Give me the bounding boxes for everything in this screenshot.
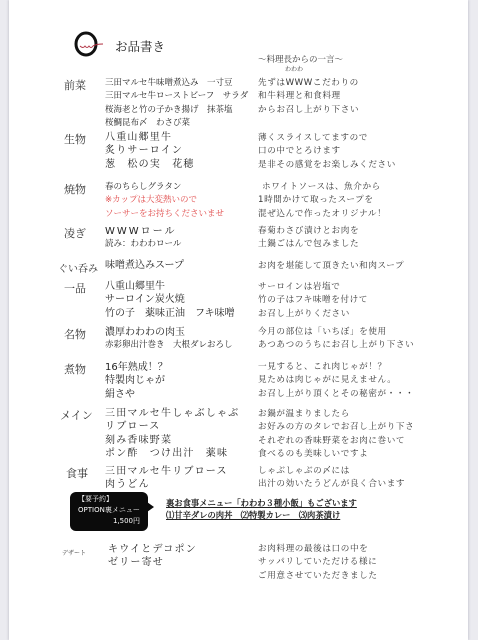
note-line: お好みの方のタレでお召し上がり下さ (258, 421, 414, 434)
note-line: 土鍋ごはんで包みました (258, 238, 359, 251)
section-label-ippin: 一品 (64, 280, 86, 296)
menu-item: 八重山郷里牛 (105, 280, 235, 293)
note-line: サーロインは岩塩で (258, 281, 368, 294)
section-notes-namamono: 薄くスライスしてますので 口の中でとろけます 是非その感覚をお楽しみください (258, 132, 396, 172)
section-items-guinomi: 味噌煮込みスープ (105, 259, 184, 272)
menu-item: 絹さや (105, 388, 168, 401)
section-notes-guinomi: お肉を堪能して頂きたい和肉スープ (258, 260, 404, 273)
note-line: 混ぜ込んで作ったオリジナル！ (258, 208, 386, 221)
logo-circle-icon (72, 28, 108, 60)
menu-item: リブロース (105, 420, 239, 433)
secret-menu-info: 裏お食事メニュー「わわわ３種小飯」もございます ⑴甘辛ダレの肉丼 ⑵特製カレー … (166, 497, 357, 521)
menu-item: 三田マルセ牛ローストビーフ サラダ (105, 90, 248, 103)
menu-item: 特製肉じゃが (105, 374, 168, 387)
section-label-shinogi: 凌ぎ (64, 225, 86, 241)
note-line: からお召し上がり下さい (258, 104, 359, 117)
note-line: 是非その感覚をお楽しみください (258, 159, 396, 172)
note-line: お召し上がり頂くとその秘密が・・・ (258, 388, 414, 401)
note-line: 出汁の効いたうどんが良く合います (258, 478, 405, 491)
section-items-ippin: 八重山郷里牛 サーロイン炭火焼 竹の子 薬味正油 フキ味噌 (105, 280, 235, 320)
hot-cup-warning: ソーサーをお持ちくださいませ (105, 208, 224, 221)
section-notes-dessert: お肉料理の最後は口の中を サッパリしていただける様に ご用意させていただきました (258, 543, 378, 583)
section-label-meibutsu: 名物 (64, 326, 86, 342)
page-title: お品書き (115, 37, 165, 55)
menu-item: 16年熟成！？ (105, 361, 168, 374)
menu-item: 味噌煮込みスープ (105, 259, 184, 272)
section-label-shokuji: 食事 (66, 465, 88, 481)
note-line: それぞれの香味野菜をお肉に巻いて (258, 435, 414, 448)
reservation-required-label: 【要予約】 (78, 494, 148, 505)
option-price: 1,500円 (78, 516, 148, 527)
note-line: 先ずはWWWこだわりの (258, 77, 359, 90)
menu-item: ポン酢 つけ出汁 薬味 (105, 447, 239, 460)
note-line: 竹の子はフキ味噌を付けて (258, 294, 368, 307)
note-line: お鍋が温まりましたら (258, 408, 414, 421)
section-notes-main: お鍋が温まりましたら お好みの方のタレでお召し上がり下さ それぞれの香味野菜をお… (258, 408, 414, 461)
menu-item: 肉うどん (105, 478, 228, 491)
menu-item: 炙りサーロイン (105, 144, 195, 157)
secret-menu-headline: 裏お食事メニュー「わわわ３種小飯」もございます (166, 497, 357, 509)
section-notes-zensai: 先ずはWWWこだわりの 和牛料理と和食料理 からお召し上がり下さい (258, 77, 359, 117)
secret-menu-items: ⑴甘辛ダレの肉丼 ⑵特製カレー ⑶肉茶漬け (166, 509, 357, 521)
menu-item: 読み：わわわロール (105, 238, 181, 251)
note-line: 1時間かけて取ったスープを (258, 194, 386, 207)
section-notes-nimono: 一見すると、これ肉じゃが！？ 見ためは肉じゃがに見えません。 お召し上がり頂くと… (258, 361, 414, 401)
menu-item: 刻み香味野菜 (105, 434, 239, 447)
section-items-nimono: 16年熟成！？ 特製肉じゃが 絹さや (105, 361, 168, 401)
note-line: 薄くスライスしてますので (258, 132, 396, 145)
section-notes-shokuji: しゃぶしゃぶの〆には 出汁の効いたうどんが良く合います (258, 465, 405, 492)
section-items-shinogi: WWWロール 読み：わわわロール (105, 225, 181, 252)
section-label-yakimono: 焼物 (64, 181, 86, 197)
menu-item: 葱 松の実 花穂 (105, 158, 195, 171)
note-line: あつあつのうちにお召し上がり下さい (258, 339, 414, 352)
note-line: ホワイトソースは、魚介から (262, 181, 386, 194)
note-line: 一見すると、これ肉じゃが！？ (258, 361, 414, 374)
menu-item: 八重山郷里牛 (105, 131, 195, 144)
menu-item: 三田マルセ牛しゃぶしゃぶ (105, 407, 239, 420)
menu-item: 三田マルセ牛リブロース (105, 465, 228, 478)
section-label-zensai: 前菜 (64, 77, 86, 93)
note-line: 春菊わさび漬けとお肉を (258, 225, 359, 238)
menu-item: サーロイン炭火焼 (105, 293, 235, 306)
section-label-main: メイン (60, 407, 93, 423)
note-line: サッパリしていただける様に (258, 556, 378, 569)
note-line: 今月の部位は「いちぼ」を使用 (258, 326, 414, 339)
note-line: 口の中でとろけます (258, 145, 396, 158)
section-items-dessert: キウイとデコポン ゼリー寄せ (108, 543, 197, 570)
section-items-namamono: 八重山郷里牛 炙りサーロイン 葱 松の実 花穂 (105, 131, 195, 171)
note-line: しゃぶしゃぶの〆には (258, 465, 405, 478)
menu-item: 桜海老と竹の子かき揚げ 抹茶塩 (105, 104, 248, 117)
hot-cup-warning: ※カップは大変熱いので (105, 194, 224, 207)
menu-item: 竹の子 薬味正油 フキ味噌 (105, 307, 235, 320)
menu-item: 桜鯛昆布〆 わさび菜 (105, 117, 248, 130)
section-items-shokuji: 三田マルセ牛リブロース 肉うどん (105, 465, 228, 492)
menu-item: ゼリー寄せ (108, 556, 197, 569)
section-items-zensai: 三田マルセ牛味噌煮込み 一寸豆 三田マルセ牛ローストビーフ サラダ 桜海老と竹の… (105, 77, 248, 130)
section-items-main: 三田マルセ牛しゃぶしゃぶ リブロース 刻み香味野菜 ポン酢 つけ出汁 薬味 (105, 407, 239, 460)
menu-item: 濃厚わわわの肉玉 (105, 326, 233, 339)
note-line: お肉料理の最後は口の中を (258, 543, 378, 556)
note-line: 食べるのも美味しいですよ (258, 448, 414, 461)
section-notes-yakimono: ホワイトソースは、魚介から 1時間かけて取ったスープを 混ぜ込んで作ったオリジナ… (262, 181, 386, 221)
menu-item: WWWロール (105, 225, 181, 238)
section-label-guinomi: ぐい呑み (58, 260, 98, 275)
option-menu-bubble: 【要予約】 OPTION裏メニュー 1,500円 (70, 492, 148, 531)
section-items-meibutsu: 濃厚わわわの肉玉 赤彩卵出汁巻き 大根ダレおろし (105, 326, 233, 353)
section-notes-meibutsu: 今月の部位は「いちぼ」を使用 あつあつのうちにお召し上がり下さい (258, 326, 414, 353)
section-label-nimono: 煮物 (64, 361, 86, 377)
option-menu-label: OPTION裏メニュー (78, 505, 148, 516)
note-line: お召し上がりください (258, 308, 368, 321)
section-notes-ippin: サーロインは岩塩で 竹の子はフキ味噌を付けて お召し上がりください (258, 281, 368, 321)
note-line: ご用意させていただきました (258, 570, 378, 583)
section-items-yakimono: 春のちらしグラタン ※カップは大変熱いので ソーサーをお持ちくださいませ (105, 181, 224, 221)
menu-item: キウイとデコポン (108, 543, 197, 556)
chef-name: わわわ (285, 64, 303, 73)
menu-item: 春のちらしグラタン (105, 181, 224, 194)
note-line: 和牛料理と和食料理 (258, 90, 359, 103)
menu-item: 三田マルセ牛味噌煮込み 一寸豆 (105, 77, 248, 90)
menu-item: 赤彩卵出汁巻き 大根ダレおろし (105, 339, 233, 352)
note-line: お肉を堪能して頂きたい和肉スープ (258, 260, 404, 273)
section-label-namamono: 生物 (64, 131, 86, 147)
note-line: 見ためは肉じゃがに見えません。 (258, 374, 414, 387)
section-notes-shinogi: 春菊わさび漬けとお肉を 土鍋ごはんで包みました (258, 225, 359, 252)
section-label-dessert: デザート (62, 548, 86, 557)
